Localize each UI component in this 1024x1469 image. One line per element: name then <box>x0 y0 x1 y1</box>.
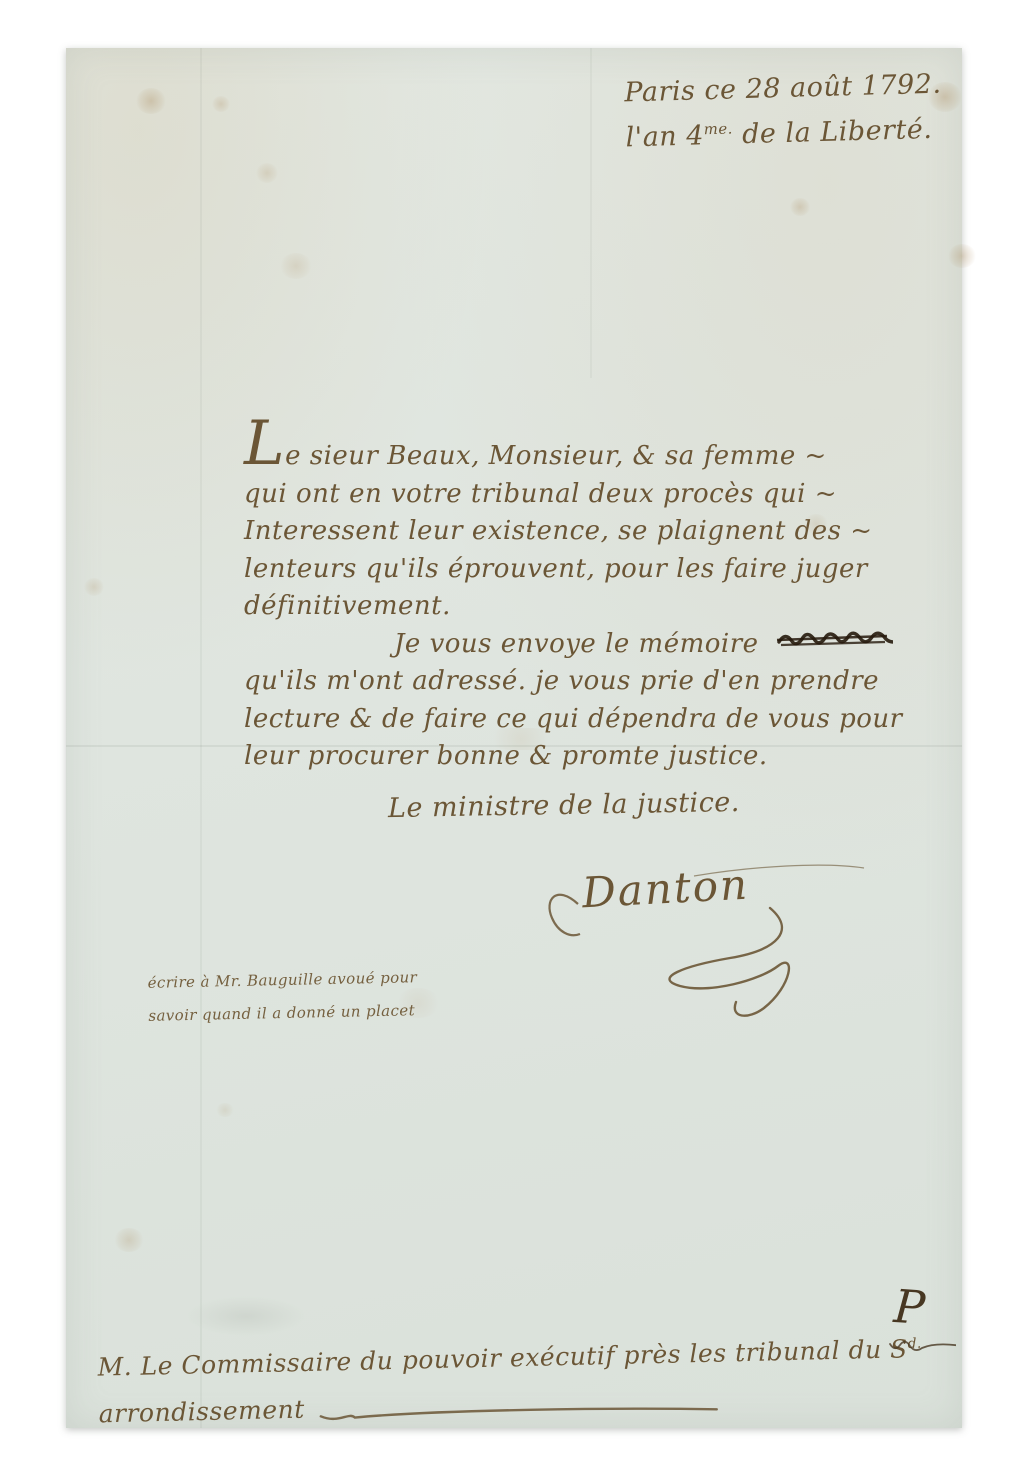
letter-paper: Paris ce 28 août 1792. l'an 4me. de la L… <box>66 48 962 1428</box>
letter-body: Le sieur Beaux, Monsieur, & sa femme ~ q… <box>244 438 903 776</box>
signature-block: Danton <box>534 846 874 1026</box>
body-line: qui ont en votre tribunal deux procès qu… <box>244 476 903 514</box>
foxing-spot <box>790 198 810 216</box>
foxing-spot <box>280 253 312 279</box>
marginal-note-line: savoir quand il a donné un placet <box>148 994 418 1033</box>
smudge <box>186 1296 306 1336</box>
foxing-spot <box>212 96 230 112</box>
flourish-dash <box>319 1401 719 1426</box>
foxing-spot <box>948 244 976 268</box>
footer-address: M. Le Commissaire du pouvoir exécutif pr… <box>97 1321 924 1438</box>
closing-line: Le ministre de la justice. <box>388 787 740 824</box>
paraph-squiggle <box>886 1336 956 1354</box>
marginal-note: écrire à Mr. Bauguille avoué pour savoir… <box>147 961 418 1033</box>
body-line: Je vous envoye le mémoire <box>244 626 903 664</box>
fold-crease-vertical-right <box>590 48 592 378</box>
foxing-spot <box>84 578 104 596</box>
scanned-letter-page: Paris ce 28 août 1792. l'an 4me. de la L… <box>0 0 1024 1469</box>
body-line: lecture & de faire ce qui dépendra de vo… <box>244 701 903 739</box>
body-line: Interessent leur existence, se plaignent… <box>244 513 903 551</box>
body-line: Le sieur Beaux, Monsieur, & sa femme ~ <box>244 438 903 476</box>
fold-crease-vertical-left <box>200 48 202 1428</box>
body-line: lenteurs qu'ils éprouvent, pour les fair… <box>244 551 903 589</box>
signature-danton: Danton <box>581 860 750 918</box>
foxing-spot <box>114 1228 144 1252</box>
foxing-spot <box>136 88 166 114</box>
paraph-p: P <box>892 1279 927 1335</box>
body-line: leur procurer bonne & promte justice. <box>244 738 903 776</box>
foxing-spot <box>216 1103 234 1117</box>
superscript-me: me. <box>703 119 733 138</box>
foxing-spot <box>256 163 278 183</box>
date-year-line: l'an 4me. de la Liberté. <box>625 104 943 158</box>
dateline: Paris ce 28 août 1792. l'an 4me. de la L… <box>624 66 943 158</box>
body-line: qu'ils m'ont adressé. je vous prie d'en … <box>244 663 903 701</box>
body-line: définitivement. <box>244 588 903 626</box>
scribbled-out-word <box>775 626 893 664</box>
